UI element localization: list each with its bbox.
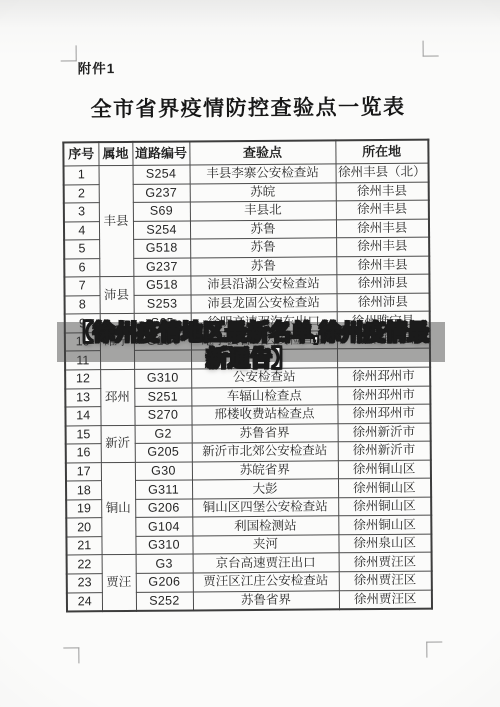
crop-mark-bottom-left-icon — [63, 647, 79, 663]
cell-checkpoint: 苏鲁 — [190, 257, 336, 277]
cell-location: 徐州铜山区 — [338, 460, 431, 479]
cell-road: S254 — [133, 221, 190, 240]
cell-location: 徐州新沂市 — [338, 441, 431, 460]
cell-location: 徐州铜山区 — [338, 497, 431, 516]
cell-no: 14 — [65, 407, 100, 426]
cell-road: G2 — [135, 425, 192, 444]
cell-road: G518 — [133, 276, 190, 295]
cell-location: 徐州贾汪区 — [339, 553, 432, 572]
cell-checkpoint: 夹河 — [192, 535, 338, 555]
col-header-road: 道路编号 — [132, 141, 189, 165]
cell-location: 徐州铜山区 — [338, 515, 431, 534]
cell-checkpoint: 苏皖 — [190, 182, 336, 202]
cell-no: 24 — [67, 592, 102, 611]
cell-location: 徐州沛县 — [337, 293, 430, 312]
cell-no: 15 — [66, 425, 101, 444]
crop-mark-top-right-icon — [423, 41, 439, 57]
cell-road: S253 — [134, 295, 191, 314]
cell-no: 17 — [66, 462, 101, 481]
cell-road: G237 — [133, 258, 190, 277]
cell-checkpoint: 沛县龙固公安检查站 — [191, 294, 337, 314]
col-header-group: 属地 — [98, 142, 132, 166]
cell-location: 徐州丰县 — [336, 256, 429, 275]
cell-road: S69 — [133, 202, 190, 221]
cell-checkpoint: 邢楼收费站检查点 — [191, 405, 337, 425]
col-header-checkpoint: 查验点 — [189, 140, 335, 165]
cell-group: 铜山 — [101, 462, 136, 555]
watermark-line-1: 【徐州疫情地区最新名单,徐州疫情最 — [0, 320, 500, 346]
cell-checkpoint: 苏鲁省界 — [192, 423, 338, 443]
cell-road: G205 — [135, 443, 192, 462]
cell-road: S254 — [133, 165, 190, 184]
cell-no: 2 — [64, 184, 99, 203]
cell-checkpoint: 车辐山检查点 — [191, 386, 337, 406]
photo-canvas: 附件1 全市省界疫情防控查验点一览表 序号 属地 道路编号 查验点 所在地 1 … — [0, 0, 500, 707]
cell-group: 新沂 — [101, 425, 135, 462]
page-title: 全市省界疫情防控查验点一览表 — [0, 90, 498, 124]
watermark-text: 【徐州疫情地区最新名单,徐州疫情最 新通告】 — [0, 320, 500, 372]
cell-location: 徐州邳州市 — [337, 386, 430, 405]
cell-no: 3 — [64, 203, 99, 222]
checkpoint-table: 序号 属地 道路编号 查验点 所在地 1 丰县 S254 丰县李寨公安检查站 徐… — [62, 139, 433, 612]
cell-road: G206 — [135, 499, 192, 518]
cell-location: 徐州铜山区 — [338, 478, 431, 497]
cell-road: G311 — [135, 480, 192, 499]
cell-road: G30 — [135, 462, 192, 481]
cell-road: G104 — [135, 517, 192, 536]
cell-checkpoint: 苏皖省界 — [192, 461, 338, 481]
cell-no: 16 — [66, 444, 101, 463]
cell-no: 4 — [64, 221, 99, 240]
cell-location: 徐州泉山区 — [338, 534, 431, 553]
cell-checkpoint: 沛县沿湖公安检查站 — [190, 275, 336, 295]
cell-checkpoint: 贾汪区江庄公安检查站 — [193, 572, 339, 592]
cell-checkpoint: 新沂市北郊公安检查站 — [192, 442, 338, 462]
cell-no: 5 — [64, 240, 99, 259]
col-header-no: 序号 — [63, 142, 98, 166]
cell-road: S251 — [134, 388, 191, 407]
cell-checkpoint: 苏鲁省界 — [193, 590, 339, 610]
cell-checkpoint: 苏鲁 — [190, 238, 336, 258]
cell-no: 6 — [64, 258, 99, 277]
cell-group: 邳州 — [100, 369, 134, 425]
cell-location: 徐州丰县（北） — [336, 163, 429, 182]
watermark-line-2: 新通告】 — [0, 346, 500, 372]
cell-no: 8 — [65, 296, 100, 315]
cell-location: 徐州丰县 — [336, 182, 429, 201]
cell-no: 19 — [66, 500, 101, 519]
cell-group: 丰县 — [99, 165, 134, 277]
cell-checkpoint: 丰县李寨公安检查站 — [190, 164, 336, 184]
cell-road: S252 — [136, 592, 193, 611]
cell-group: 沛县 — [99, 277, 133, 314]
cell-road: G206 — [136, 573, 193, 592]
cell-no: 13 — [65, 388, 100, 407]
crop-mark-bottom-right-icon — [426, 641, 442, 657]
cell-no: 7 — [64, 277, 99, 296]
cell-no: 22 — [67, 555, 102, 574]
cell-road: S270 — [134, 406, 191, 425]
cell-location: 徐州新沂市 — [338, 423, 431, 442]
cell-road: G310 — [135, 536, 192, 555]
cell-checkpoint: 京台高速贾汪出口 — [193, 553, 339, 573]
cell-road: G3 — [136, 554, 193, 573]
cell-no: 12 — [65, 370, 100, 389]
attachment-label: 附件1 — [78, 57, 116, 77]
crop-mark-top-left-icon — [61, 45, 77, 61]
cell-checkpoint: 利国检测站 — [192, 516, 338, 536]
cell-checkpoint: 丰县北 — [190, 201, 336, 221]
table-header-row: 序号 属地 道路编号 查验点 所在地 — [63, 140, 428, 166]
cell-checkpoint: 大彭 — [192, 479, 338, 499]
cell-location: 徐州沛县 — [336, 274, 429, 293]
cell-location: 徐州贾汪区 — [339, 571, 432, 590]
cell-location: 徐州丰县 — [336, 237, 429, 256]
cell-location: 徐州丰县 — [336, 219, 429, 238]
cell-location: 徐州贾汪区 — [339, 590, 432, 609]
cell-road: G237 — [133, 184, 190, 203]
cell-road: G518 — [133, 239, 190, 258]
cell-checkpoint: 铜山区四堡公安检查站 — [192, 498, 338, 518]
cell-no: 23 — [67, 574, 102, 593]
cell-no: 18 — [66, 481, 101, 500]
cell-no: 20 — [66, 518, 101, 537]
cell-group: 贾汪 — [102, 555, 136, 611]
cell-no: 1 — [64, 166, 99, 185]
cell-no: 21 — [66, 537, 101, 556]
cell-location: 徐州邳州市 — [337, 404, 430, 423]
col-header-location: 所在地 — [335, 140, 428, 164]
cell-checkpoint: 苏鲁 — [190, 219, 336, 239]
cell-location: 徐州丰县 — [336, 200, 429, 219]
